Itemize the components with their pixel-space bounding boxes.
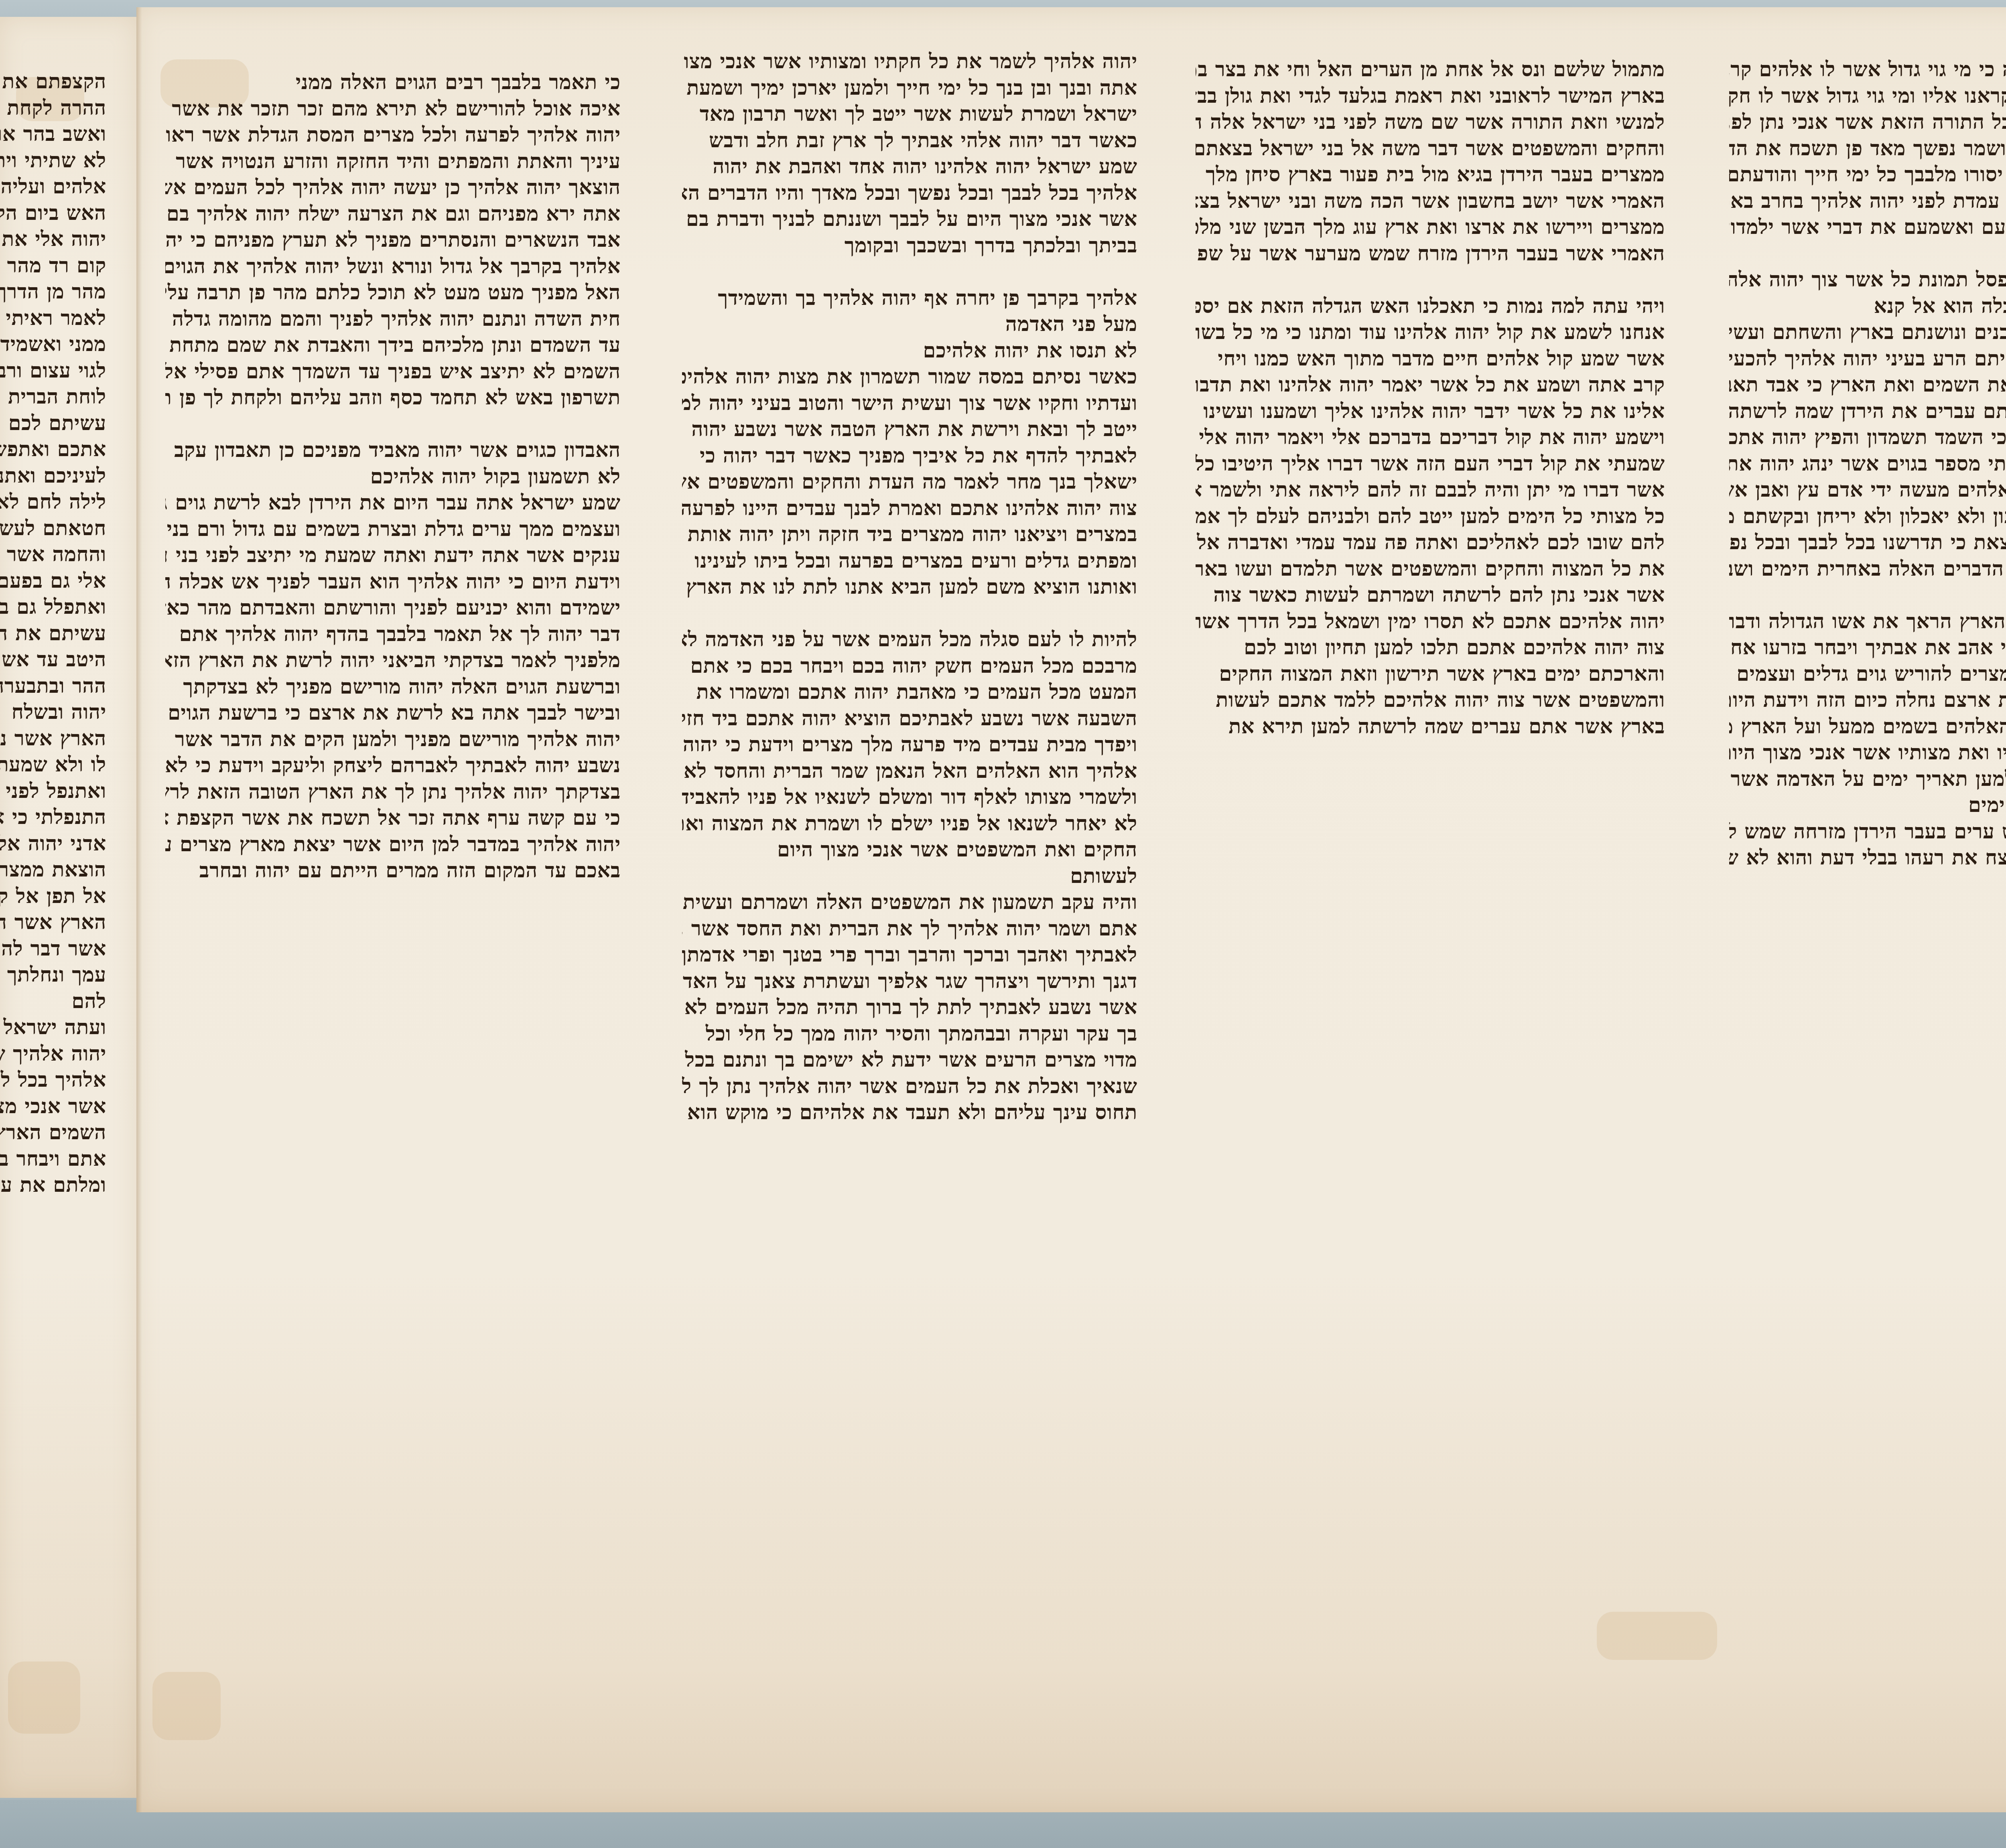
column-lines: ונבון הגוי הגדול הזה כי מי גוי גדול אשר … bbox=[1729, 56, 2006, 871]
text-line: יהוה אלהיך מורישם מפניך ולמען הקים את הד… bbox=[165, 726, 621, 753]
text-line: האל מפניך מעט מעט לא תוכל כלתם מהר פן תר… bbox=[165, 279, 621, 306]
text-line: בביתך ובלכתך בדרך ובשכבך ובקומך bbox=[682, 232, 1137, 259]
text-line: צוה יהוה אלהיכם אתכם תלכו למען תחיון וטו… bbox=[1196, 634, 1665, 661]
text-line: איכה אוכל להורישם לא תירא מהם זכר תזכר א… bbox=[165, 95, 621, 122]
column-lines: כי תאמר בלבבך רבים הגוים האלה ממניאיכה א… bbox=[165, 69, 621, 884]
text-line: תאריכן ימים עליה כי השמד תשמדון והפיץ יה… bbox=[1729, 424, 2006, 450]
column-lines: מתמול שלשם ונס אל אחת מן הערים האל וחי א… bbox=[1196, 56, 1665, 739]
text-line: יהוה אלהיך ש bbox=[0, 1041, 106, 1067]
text-line: את כל המצוה והחקים והמשפטים אשר תלמדם וע… bbox=[1196, 556, 1665, 582]
text-line: אתה ובנך ובן בנך כל ימי חייך ולמען יארכן… bbox=[682, 75, 1137, 101]
text-line: כי תאמר בלבבך רבים הגוים האלה ממני bbox=[165, 69, 621, 95]
text-line: ומשפטים צדיקם ככל התורה הזאת אשר אנכי נת… bbox=[1729, 109, 2006, 135]
water-stain bbox=[8, 1661, 80, 1734]
text-line: אתם ויבחר ב bbox=[0, 1146, 106, 1172]
text-line: ועצמים ממך ערים גדלת ובצרת בשמים עם גדול… bbox=[165, 516, 621, 542]
text-line: אלהיך נתן לך כל הימים bbox=[1729, 792, 2006, 818]
text-line: לא יראון ולא ישמעון ולא יאכלון ולא יריחן… bbox=[1729, 503, 2006, 529]
text-line: אנחנו לשמע את קול יהוה אלהינו עוד ומתנו … bbox=[1196, 319, 1665, 345]
text-line: יהוה אלהיך לפרעה ולכל מצרים המסת הגדלת א… bbox=[165, 122, 621, 148]
text-line: כל מצותי כל הימים למען ייטב להם ולבניהם … bbox=[1196, 503, 1665, 529]
text-line: ומפתים גדלים ורעים במצרים בפרעה ובכל בית… bbox=[682, 548, 1137, 574]
text-line: חטאתם לעש bbox=[0, 515, 106, 542]
text-line: מתמול שלשם ונס אל אחת מן הערים האל וחי א… bbox=[1196, 56, 1665, 83]
text-line: אלהיך בכל ל bbox=[0, 1067, 106, 1093]
water-stain bbox=[1597, 1612, 1717, 1660]
text-line: החקים ואת המשפטים אשר אנכי מצוך היום bbox=[682, 836, 1137, 863]
text-line: לך ולבניך אחריך ולמען תאריך ימים על האדמ… bbox=[1729, 766, 2006, 792]
text-line: ענקים אשר אתה ידעת ואתה שמעת מי יתיצב לפ… bbox=[165, 542, 621, 568]
text-line: אשר נשבע לאבתיך לתת לך ברוך תהיה מכל העמ… bbox=[682, 994, 1137, 1020]
text-line: צוה יהוה אלהינו אתכם ואמרת לבנך עבדים הי… bbox=[682, 495, 1137, 521]
text-line: האבדון כגוים אשר יהוה מאביד מפניכם כן תא… bbox=[165, 437, 621, 463]
text-line: תחוס עינך עליהם ולא תעבד את אלהיהם כי מו… bbox=[682, 1099, 1137, 1126]
text-line: שנאיך ואכלת את כל העמים אשר יהוה אלהיך נ… bbox=[682, 1073, 1137, 1099]
text-line bbox=[165, 411, 621, 437]
text-line: הוצאך יהוה אלהיך כן יעשה יהוה אלהיך לכל … bbox=[165, 174, 621, 201]
text-line: ישאלך בנך מחר לאמר מה העדת והחקים והמשפט… bbox=[682, 469, 1137, 495]
text-line: אתכם ואתפש bbox=[0, 436, 106, 463]
text-line: להביאך לתת לך את ארצם נחלה כיום הזה וידע… bbox=[1729, 687, 2006, 713]
text-column-4: ונבון הגוי הגדול הזה כי מי גוי גדול אשר … bbox=[1729, 56, 2006, 871]
text-line: השמים הארץ bbox=[0, 1119, 106, 1146]
text-line: ויהי עתה למה נמות כי תאכלנו האש הגדלה הז… bbox=[1196, 293, 1665, 319]
text-line: הקצפתם את יה bbox=[0, 68, 106, 95]
text-line: ואתפלל גם ב bbox=[0, 594, 106, 620]
text-line: להם bbox=[0, 988, 106, 1014]
text-line: מתוך האש ותחת כי אהב את אבתיך ויבחר בזרע… bbox=[1729, 634, 2006, 661]
text-line: פסל תמונת כל ועשיתם הרע בעיני יהוה אלהיך… bbox=[1729, 345, 2006, 372]
text-line: אז יבדיל משה שלש ערים בעבר הירדן מזרחה ש… bbox=[1729, 818, 2006, 845]
text-line: ישראל ושמרת לעשות אשר ייטב לך ואשר תרבון… bbox=[682, 101, 1137, 127]
text-line: ההר ובתבערה bbox=[0, 673, 106, 699]
text-line: קום רד מהר bbox=[0, 252, 106, 279]
text-line: כי תוליד בנים ובני בנים ונושנתם בארץ והש… bbox=[1729, 319, 2006, 345]
text-line: ונבון הגוי הגדול הזה כי מי גוי גדול אשר … bbox=[1729, 56, 2006, 83]
text-line: לא תנסו את יהוה אלהיכם bbox=[682, 337, 1137, 364]
text-line: נשבע יהוה לאבתיך לאברהם ליצחק וליעקב ויד… bbox=[165, 752, 621, 779]
text-line: וישמע יהוה את קול דבריכם בדברכם אלי ויאמ… bbox=[1196, 424, 1665, 450]
text-line: בפניו בכחו הגדל ממצרים להוריש גוים גדלים… bbox=[1729, 661, 2006, 687]
text-line: שמע ישראל אתה עבר היום את הירדן לבא לרשת… bbox=[165, 489, 621, 516]
text-line: אלהיך בקרבך אל גדול ונורא ונשל יהוה אלהי… bbox=[165, 253, 621, 280]
sheet-seam bbox=[136, 7, 142, 1812]
text-line: ממני ואשמיד bbox=[0, 331, 106, 357]
text-line: ומלתם את ע bbox=[0, 1172, 106, 1198]
text-line: המעט מכל העמים כי מאהבת יהוה אתכם ומשמרו… bbox=[682, 679, 1137, 705]
text-line: האמרי אשר יושב בחשבון אשר הכה משה ובני י… bbox=[1196, 188, 1665, 214]
water-stain bbox=[152, 1672, 221, 1740]
text-line: מהר מן הדרך bbox=[0, 278, 106, 305]
text-line: יהוה אלהיכם אתכם לא תסרו ימין ושמאל בכל … bbox=[1196, 608, 1665, 635]
text-line: כאשר נסיתם במסה שמור תשמרון את מצות יהוה… bbox=[682, 363, 1137, 390]
text-line: השבעה אשר נשבע לאבתיכם הוציא יהוה אתכם ב… bbox=[682, 705, 1137, 732]
column-lines: הקצפתם את יהההרה לקחת לוואשב בהר ארבלא ש… bbox=[0, 68, 106, 1198]
text-line: להיות לו לעם סגלה מכל העמים אשר על פני ה… bbox=[682, 626, 1137, 653]
text-line: אלהיך בקרבך פן יחרה אף יהוה אלהיך בך והש… bbox=[682, 285, 1137, 311]
text-line: קרב אתה ושמע את כל אשר יאמר יהוה אלהינו … bbox=[1196, 371, 1665, 398]
text-line: אשר אנכי נתן להם לרשתה ושמרתם לעשות כאשר… bbox=[1196, 582, 1665, 608]
text-line: שמה רוצח אשר ירצח את רעהו בבלי דעת והוא … bbox=[1729, 844, 2006, 871]
text-line: מעל פני האדמה bbox=[682, 311, 1137, 337]
text-line: חית השדה ונתנם יהוה אלהיך לפניך והמם מהו… bbox=[165, 306, 621, 332]
text-line: לאמר ראיתי bbox=[0, 305, 106, 331]
text-line: ולשמרי מצותו לאלף דור ומשלם לשנאיו אל פנ… bbox=[682, 784, 1137, 810]
text-line: אל תפן אל ק bbox=[0, 883, 106, 909]
text-column-far-left: הקצפתם את יהההרה לקחת לוואשב בהר ארבלא ש… bbox=[0, 68, 106, 1198]
text-line: אשר ראו עיניך ופן יסורו מלבבך כל ימי חיי… bbox=[1729, 161, 2006, 188]
text-line: עד השמדם ונתן מלכיהם בידך והאבדת את שמם … bbox=[165, 332, 621, 358]
text-line: אלהיך בכל לבבך ובכל נפשך ובכל מאדך והיו … bbox=[682, 180, 1137, 206]
text-line: שמעתי את קול דברי העם הזה אשר דברו אליך … bbox=[1196, 450, 1665, 477]
text-line: ייטב לך ובאת וירשת את הארץ הטבה אשר נשבע… bbox=[682, 416, 1137, 442]
text-line: עשיתם לכם ע bbox=[0, 410, 106, 436]
text-line: לוחת הברית bbox=[0, 383, 106, 410]
column-lines: יהוה אלהיך לשמר את כל חקתיו ומצותיו אשר … bbox=[682, 48, 1137, 1126]
text-line: התנפלתי כי א bbox=[0, 804, 106, 830]
text-line: אלי גם בפעם bbox=[0, 568, 106, 594]
text-line: לאבתיך להדף את כל איביך מפניך כאשר דבר י… bbox=[682, 442, 1137, 469]
text-line: עשיתם את הע bbox=[0, 620, 106, 647]
text-line: בצר לך ומצאוך כל הדברים האלה באחרית הימי… bbox=[1729, 556, 2006, 582]
text-line: היטב עד אשר bbox=[0, 646, 106, 673]
text-line: הארץ אשר ה bbox=[0, 909, 106, 935]
text-line: הוצאת ממצר bbox=[0, 856, 106, 883]
text-line: תשרפון באש לא תחמד כסף וזהב עליהם ולקחת … bbox=[165, 384, 621, 411]
text-line: והמשפטים אשר צוה יהוה אלהיכם ללמד אתכם ל… bbox=[1196, 687, 1665, 713]
text-line: במצרים ויציאנו יהוה ממצרים ביד חזקה ויתן… bbox=[682, 521, 1137, 548]
text-line bbox=[1196, 266, 1665, 293]
text-line: לעיניכם ואתנ bbox=[0, 463, 106, 489]
text-line: מרבכם מכל העמים חשק יהוה בכם ויבחר בכם כ… bbox=[682, 653, 1137, 679]
text-line: ממצרים ויירשו את ארצו ואת ארץ עוג מלך הב… bbox=[1196, 214, 1665, 240]
text-line: יהוה אלהיך במדבר למן היום אשר יצאת מארץ … bbox=[165, 831, 621, 858]
text-line: בצדקתך יהוה אלהיך נתן לך את הארץ הטובה ה… bbox=[165, 779, 621, 805]
text-line: לאבתיך ואהבך וברכך והרבך וברך פרי בטנך ו… bbox=[682, 941, 1137, 968]
text-line: בארץ המישר לראובני ואת ראמת בגלעד לגדי ו… bbox=[1196, 83, 1665, 109]
text-line: יהוה אלהיך לשמר את כל חקתיו ומצותיו אשר … bbox=[682, 48, 1137, 75]
text-line: ולבני בניך יום אשר עמדת לפני יהוה אלהיך … bbox=[1729, 188, 2006, 214]
text-line: ובישר לבבך אתה בא לרשת את ארצם כי ברשעת … bbox=[165, 700, 621, 726]
text-line: אבד הנשארים והנסתרים מפניך לא תערץ מפניה… bbox=[165, 227, 621, 253]
text-line: כי עם קשה ערף אתה זכר אל תשכח את אשר הקצ… bbox=[165, 805, 621, 831]
text-line: מלפניך לאמר בצדקתי הביאני יהוה לרשת את ה… bbox=[165, 647, 621, 673]
text-line: ויפדך מבית עבדים מיד פרעה מלך מצרים וידע… bbox=[682, 731, 1137, 758]
text-line: והיה עקב תשמעון את המשפטים האלה ושמרתם ו… bbox=[682, 889, 1137, 915]
text-line: כיהוה אלהינו בכל קראנו אליו ומי גוי גדול… bbox=[1729, 83, 2006, 109]
text-line: אלינו את כל אשר ידבר יהוה אלהינו אליך וש… bbox=[1196, 398, 1665, 424]
text-line: אתה ירא מפניהם וגם את הצרעה ישלח יהוה אל… bbox=[165, 201, 621, 227]
text-line: אדני יהוה אל bbox=[0, 830, 106, 857]
text-line: ואותנו הוציא משם למען הביא אתנו לתת לנו … bbox=[682, 574, 1137, 600]
text-column-1: כי תאמר בלבבך רבים הגוים האלה ממניאיכה א… bbox=[165, 69, 621, 884]
text-column-2: יהוה אלהיך לשמר את כל חקתיו ומצותיו אשר … bbox=[682, 48, 1137, 1126]
text-line: ועתה ישראל bbox=[0, 1014, 106, 1041]
text-line: הארץ אשר נ bbox=[0, 725, 106, 752]
text-line: עיניך והאתת והמפתים והיד החזקה והזרע הנט… bbox=[165, 148, 621, 174]
text-line: עוד ושמרת את חקיו ואת מצותיו אשר אנכי מצ… bbox=[1729, 739, 2006, 766]
text-line: בארץ אשר אתם עברים שמה לרשתה למען תירא א… bbox=[1196, 713, 1665, 740]
text-line: לא שתיתי ויתן bbox=[0, 147, 106, 174]
text-line: אשר שמע קול אלהים חיים מדבר מתוך האש כמנ… bbox=[1196, 345, 1665, 372]
text-line: שמע ישראל יהוה אלהינו יהוה אחד ואהבת את … bbox=[682, 153, 1137, 180]
text-line: לגוי עצום ורב bbox=[0, 357, 106, 384]
text-line: אשר אנכי מצוך היום על לבבך ושננתם לבניך … bbox=[682, 206, 1137, 232]
text-line: לבבך כי יהוה הוא האלהים בשמים ממעל ועל ה… bbox=[1729, 713, 2006, 740]
text-line: ממצרים בעבר הירדן בגיא מול בית פעור בארץ… bbox=[1196, 161, 1665, 188]
text-line: לעשותם bbox=[682, 863, 1137, 889]
text-line: השמים לא יתיצב איש בפניך עד השמדך אתם פס… bbox=[165, 358, 621, 385]
text-line: דבר יהוה לך אל תאמר בלבבך בהדף יהוה אלהי… bbox=[165, 621, 621, 647]
text-line: יהוה אלי את ש bbox=[0, 226, 106, 252]
text-line: כאשר דבר יהוה אלהי אבתיך לך ארץ זבת חלב … bbox=[682, 127, 1137, 154]
text-line: לו ולא שמעת bbox=[0, 751, 106, 778]
text-line: לא תשמעון בקול יהוה אלהיכם bbox=[165, 463, 621, 490]
text-line: אשר אנכי מצ bbox=[0, 1093, 106, 1120]
text-column-3: מתמול שלשם ונס אל אחת מן הערים האל וחי א… bbox=[1196, 56, 1665, 739]
text-line bbox=[682, 258, 1137, 285]
text-line: בעמים ונשארתם מתי מספר בגוים אשר ינהג יה… bbox=[1729, 450, 2006, 477]
text-line: אתם ושמר יהוה אלהיך לך את הברית ואת החסד… bbox=[682, 915, 1137, 942]
text-line: ההרה לקחת לו bbox=[0, 95, 106, 121]
text-line: לילה לחם לא bbox=[0, 489, 106, 515]
text-line: אלהיך הוא האלהים האל הנאמן שמר הברית והח… bbox=[682, 758, 1137, 784]
text-line bbox=[1729, 582, 2006, 608]
text-line: היום רק השמר לך ושמר נפשך מאד פן תשכח את… bbox=[1729, 135, 2006, 162]
text-line: ישמידם והוא יכניעם לפניך והורשתם והאבדתם… bbox=[165, 594, 621, 621]
text-line: למנשי וזאת התורה אשר שם משה לפני בני ישר… bbox=[1196, 109, 1665, 135]
text-line bbox=[682, 600, 1137, 627]
text-line: אשר דברו מי יתן והיה לבבם זה להם ליראה א… bbox=[1196, 477, 1665, 503]
text-line: העידתי בכם היום את השמים ואת הארץ כי אבד… bbox=[1729, 371, 2006, 398]
text-line: אשר דבר לה bbox=[0, 935, 106, 962]
text-line: ואשב בהר ארב bbox=[0, 121, 106, 147]
text-line: את יהוה אלהיך ומצאת כי תדרשנו בכל לבבך ו… bbox=[1729, 529, 2006, 556]
text-line: ואתנפל לפני bbox=[0, 778, 106, 804]
text-line: והחמה אשר bbox=[0, 541, 106, 568]
text-line: אלהים ועליהם bbox=[0, 173, 106, 200]
text-line: והארכתם ימים בארץ אשר תירשון וזאת המצוה … bbox=[1196, 661, 1665, 687]
text-line: והחקים והמשפטים אשר דבר משה אל בני ישראל… bbox=[1196, 135, 1665, 162]
text-line bbox=[1729, 240, 2006, 267]
text-line: לא יאחר לשנאו אל פניו ישלם לו ושמרת את ה… bbox=[682, 810, 1137, 837]
text-line: אלי הקהל לי את העם ואשמעם את דברי אשר יל… bbox=[1729, 214, 2006, 240]
text-line: האש ביום הקה bbox=[0, 200, 106, 226]
text-line: בך עקר ועקרה ובבהמתך והסיר יהוה ממך כל ח… bbox=[682, 1020, 1137, 1047]
text-line: באכם עד המקום הזה ממרים הייתם עם יהוה וב… bbox=[165, 857, 621, 884]
text-line: את קלו ליסרך ועל הארץ הראך את אשו הגדולה… bbox=[1729, 608, 2006, 635]
text-line: מכם ועשיתם לכם פסל תמונת כל אשר צוך יהוה… bbox=[1729, 266, 2006, 293]
text-line: וברשעת הגוים האלה יהוה מורישם מפניך לא ב… bbox=[165, 673, 621, 700]
text-line: וידעת היום כי יהוה אלהיך הוא העבר לפניך … bbox=[165, 568, 621, 595]
text-line: להם שובו לכם לאהליכם ואתה פה עמד עמדי וא… bbox=[1196, 529, 1665, 556]
text-line: מעל הארץ אשר אתם עברים את הירדן שמה לרשת… bbox=[1729, 398, 2006, 424]
text-line: מדוי מצרים הרעים אשר ידעת לא ישימם בך ונ… bbox=[682, 1047, 1137, 1073]
text-line: עמך ונחלתך א bbox=[0, 962, 106, 988]
text-line: ועדתיו וחקיו אשר צוך ועשית הישר והטוב בע… bbox=[682, 390, 1137, 416]
text-line: דגנך ותירשך ויצהרך שגר אלפיך ועשתרת צאנך… bbox=[682, 968, 1137, 994]
text-line: שמה ועבדתם שם אלהים מעשה ידי אדם עץ ואבן… bbox=[1729, 477, 2006, 503]
text-line: יהוה אלהיך אש אכלה הוא אל קנא bbox=[1729, 293, 2006, 319]
text-line: יהוה ובשלח bbox=[0, 699, 106, 725]
text-line: האמרי אשר בעבר הירדן מזרח שמש מערער אשר … bbox=[1196, 240, 1665, 267]
